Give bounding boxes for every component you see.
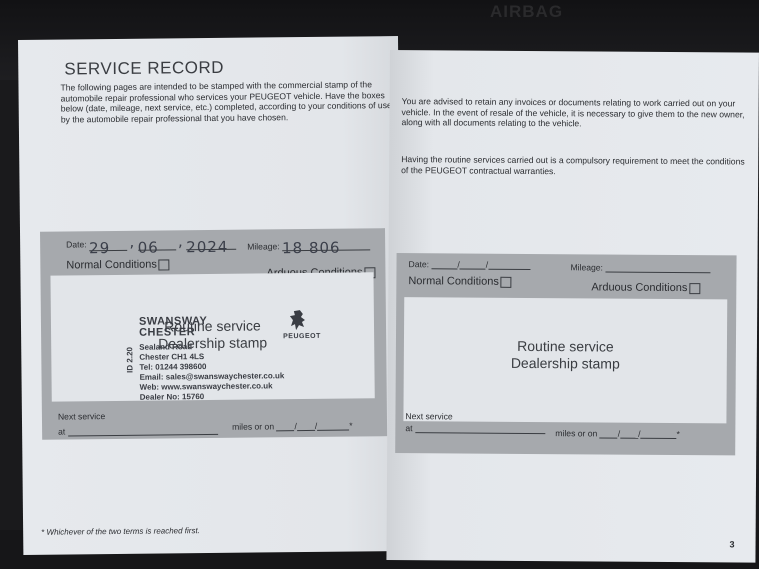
date-label: Date: [66,239,87,249]
page-title: SERVICE RECORD [64,58,224,80]
next-service-field[interactable]: at [58,423,218,437]
normal-conditions-option[interactable]: Normal Conditions [66,258,170,271]
intro-paragraph: The following pages are intended to be s… [60,79,400,125]
stamp-placeholder-2: Routine service Dealership stamp [404,337,727,373]
retain-documents-paragraph: You are advised to retain any invoices o… [401,96,746,130]
mileage-field[interactable]: Mileage: 18 806 [247,238,370,251]
right-page: You are advised to retain any invoices o… [386,50,759,563]
page-number: 3 [730,539,735,549]
arduous-conditions-checkbox-2[interactable] [689,283,700,294]
warranty-paragraph: Having the routine services carried out … [401,154,746,177]
next-service-date-field[interactable]: miles or on //* [232,419,353,432]
next-service-label: Next service [58,411,105,421]
date-field-2[interactable]: Date: // [408,257,530,270]
dealership-stamp-area: Routine service Dealership stamp SWANSWA… [50,272,374,401]
mileage-input-2[interactable] [605,261,710,274]
footnote: * Whichever of the two terms is reached … [41,526,200,537]
arduous-conditions-option-2[interactable]: Arduous Conditions [591,281,700,294]
next-service-field-2[interactable]: at [405,421,545,434]
mileage-label: Mileage: [247,241,280,251]
date-field[interactable]: Date: 29 , 06 , 2024 [66,232,236,252]
date-month: 06 [138,238,176,250]
date-year: 2024 [186,238,236,251]
normal-conditions-checkbox[interactable] [159,259,170,270]
normal-conditions-option-2[interactable]: Normal Conditions [408,275,512,288]
date-day: 29 [89,239,127,251]
dealer-stamp: SWANSWAY CHESTER Sealand Road Chester CH… [139,315,285,403]
mileage-field-2[interactable]: Mileage: [570,260,710,273]
airbag-emboss: AIRBAG [490,2,563,22]
normal-conditions-checkbox-2[interactable] [501,276,512,287]
left-page: SERVICE RECORD The following pages are i… [18,36,403,555]
peugeot-lion-icon [288,309,308,331]
mileage-value: 18 806 [282,238,370,251]
next-service-miles-input[interactable] [68,423,218,437]
next-service-miles-input-2[interactable] [415,421,545,434]
service-record-box-1: Date: 29 , 06 , 2024 Mileage: 18 806 Nor… [40,228,387,440]
peugeot-wordmark: PEUGEOT [283,333,321,340]
next-service-date-field-2[interactable]: miles or on //* [555,426,680,439]
next-service-label-2: Next service [405,411,452,421]
stamp-id-tag: ID 2.20 [125,347,134,373]
dealership-stamp-area-2: Routine service Dealership stamp [403,297,727,423]
service-record-box-2: Date: // Mileage: Normal Conditions Ardu… [395,253,736,455]
